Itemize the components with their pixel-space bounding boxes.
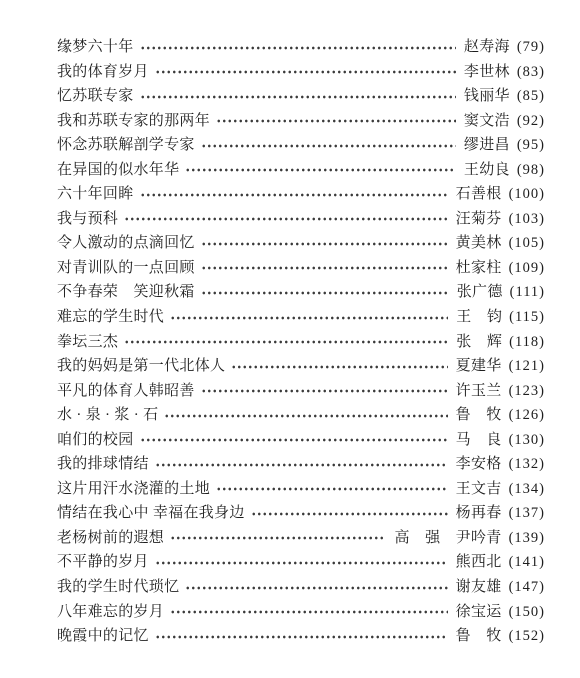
toc-entry-page: (111) — [510, 280, 545, 305]
toc-row: 令人激动的点滴回忆黄美林(105) — [57, 231, 544, 256]
toc-entry-title: 不平静的岁月 — [57, 550, 149, 575]
toc-row: 我的排球情结李安格(132) — [57, 452, 544, 477]
toc-entry-title: 八年难忘的岁月 — [57, 600, 164, 625]
toc-entry-title: 拳坛三杰 — [57, 330, 118, 355]
toc-list: 缘梦六十年赵寿海(79)我的体育岁月李世林(83)忆苏联专家钱丽华(85)我和苏… — [57, 35, 544, 649]
toc-entry-title: 怀念苏联解剖学专家 — [57, 133, 195, 158]
toc-entry-page: (134) — [509, 477, 545, 502]
toc-entry-title: 这片用汗水浇灌的土地 — [57, 477, 210, 502]
toc-entry-title: 对青训队的一点回顾 — [57, 256, 195, 281]
toc-entry-title: 令人激动的点滴回忆 — [57, 231, 195, 256]
toc-entry-page: (79) — [517, 35, 545, 60]
toc-entry-page: (98) — [517, 158, 545, 183]
toc-row: 对青训队的一点回顾杜家柱(109) — [57, 256, 544, 281]
toc-row: 难忘的学生时代王 钧(115) — [57, 305, 544, 330]
toc-entry-author: 鲁 牧 — [456, 403, 502, 428]
dot-leader — [201, 133, 456, 158]
toc-row: 我的学生时代琐忆谢友雄(147) — [57, 575, 544, 600]
toc-entry-author: 鲁 牧 — [456, 624, 502, 649]
dot-leader — [216, 109, 456, 134]
dot-leader — [251, 501, 448, 526]
toc-row: 老杨树前的遐想高 强 尹吟青(139) — [57, 526, 544, 551]
toc-row: 拳坛三杰张 辉(118) — [57, 330, 544, 355]
toc-entry-title: 晚霞中的记忆 — [57, 624, 149, 649]
toc-entry-page: (109) — [509, 256, 545, 281]
dot-leader — [201, 256, 448, 281]
toc-row: 我的体育岁月李世林(83) — [57, 60, 544, 85]
toc-row: 我和苏联专家的那两年窦文浩(92) — [57, 109, 544, 134]
toc-entry-page: (118) — [509, 330, 545, 355]
toc-row: 不争春荣 笑迎秋霜张广德(111) — [57, 280, 544, 305]
toc-entry-page: (103) — [509, 207, 545, 232]
toc-entry-title: 水 · 泉 · 浆 · 石 — [57, 403, 158, 428]
toc-entry-title: 我的排球情结 — [57, 452, 149, 477]
toc-entry-author: 李世林 — [464, 60, 510, 85]
toc-entry-author: 李安格 — [456, 452, 502, 477]
toc-entry-title: 难忘的学生时代 — [57, 305, 164, 330]
toc-entry-title: 我与预科 — [57, 207, 118, 232]
toc-entry-author: 窦文浩 — [464, 109, 510, 134]
toc-entry-author: 石善根 — [456, 182, 502, 207]
toc-entry-page: (137) — [509, 501, 545, 526]
dot-leader — [155, 624, 448, 649]
toc-entry-author: 高 强 尹吟青 — [394, 526, 501, 551]
dot-leader — [201, 280, 449, 305]
toc-entry-author: 缪进昌 — [464, 133, 510, 158]
toc-row: 咱们的校园马 良(130) — [57, 428, 544, 453]
dot-leader — [155, 60, 456, 85]
toc-entry-author: 谢友雄 — [456, 575, 502, 600]
toc-entry-page: (150) — [509, 600, 545, 625]
toc-entry-author: 王 钧 — [456, 305, 502, 330]
dot-leader — [140, 428, 448, 453]
toc-entry-page: (100) — [509, 182, 545, 207]
toc-entry-page: (152) — [509, 624, 545, 649]
toc-row: 我与预科汪菊芬(103) — [57, 207, 544, 232]
toc-row: 情结在我心中 幸福在我身边杨再春(137) — [57, 501, 544, 526]
toc-entry-author: 徐宝运 — [456, 600, 502, 625]
toc-entry-author: 杜家柱 — [456, 256, 502, 281]
dot-leader — [155, 452, 448, 477]
toc-entry-author: 黄美林 — [456, 231, 502, 256]
toc-entry-page: (92) — [517, 109, 545, 134]
toc-entry-page: (130) — [509, 428, 545, 453]
dot-leader — [170, 600, 448, 625]
toc-entry-author: 王幼良 — [464, 158, 510, 183]
dot-leader — [140, 35, 456, 60]
toc-entry-page: (121) — [509, 354, 545, 379]
toc-entry-page: (95) — [517, 133, 545, 158]
toc-row: 晚霞中的记忆鲁 牧(152) — [57, 624, 544, 649]
toc-row: 水 · 泉 · 浆 · 石鲁 牧(126) — [57, 403, 544, 428]
toc-entry-author: 熊西北 — [456, 550, 502, 575]
toc-entry-title: 我的学生时代琐忆 — [57, 575, 179, 600]
dot-leader — [124, 207, 447, 232]
toc-entry-title: 咱们的校园 — [57, 428, 134, 453]
dot-leader — [185, 575, 447, 600]
toc-entry-author: 王文吉 — [456, 477, 502, 502]
toc-entry-page: (85) — [517, 84, 545, 109]
dot-leader — [231, 354, 447, 379]
toc-row: 忆苏联专家钱丽华(85) — [57, 84, 544, 109]
toc-row: 六十年回眸石善根(100) — [57, 182, 544, 207]
toc-row: 平凡的体育人韩昭善许玉兰(123) — [57, 379, 544, 404]
dot-leader — [140, 84, 456, 109]
toc-row: 不平静的岁月熊西北(141) — [57, 550, 544, 575]
dot-leader — [216, 477, 448, 502]
toc-entry-page: (115) — [509, 305, 545, 330]
toc-row: 我的妈妈是第一代北体人夏建华(121) — [57, 354, 544, 379]
dot-leader — [164, 403, 447, 428]
toc-entry-page: (83) — [517, 60, 545, 85]
toc-entry-title: 平凡的体育人韩昭善 — [57, 379, 195, 404]
toc-entry-page: (132) — [509, 452, 545, 477]
toc-entry-title: 我的妈妈是第一代北体人 — [57, 354, 225, 379]
toc-entry-title: 缘梦六十年 — [57, 35, 134, 60]
toc-entry-title: 忆苏联专家 — [57, 84, 134, 109]
toc-entry-page: (147) — [509, 575, 545, 600]
toc-entry-author: 张广德 — [457, 280, 503, 305]
dot-leader — [124, 330, 448, 355]
dot-leader — [140, 182, 448, 207]
toc-row: 这片用汗水浇灌的土地王文吉(134) — [57, 477, 544, 502]
toc-entry-page: (139) — [509, 526, 545, 551]
dot-leader — [170, 305, 448, 330]
toc-entry-author: 许玉兰 — [456, 379, 502, 404]
toc-entry-author: 钱丽华 — [464, 84, 510, 109]
dot-leader — [185, 158, 456, 183]
dot-leader — [201, 231, 448, 256]
dot-leader — [170, 526, 386, 551]
dot-leader — [201, 379, 448, 404]
toc-entry-author: 马 良 — [456, 428, 502, 453]
toc-entry-author: 汪菊芬 — [456, 207, 502, 232]
toc-entry-title: 六十年回眸 — [57, 182, 134, 207]
toc-entry-author: 赵寿海 — [464, 35, 510, 60]
toc-entry-page: (123) — [509, 379, 545, 404]
toc-entry-page: (105) — [509, 231, 545, 256]
toc-entry-page: (126) — [509, 403, 545, 428]
toc-entry-author: 夏建华 — [456, 354, 502, 379]
toc-entry-author: 杨再春 — [456, 501, 502, 526]
toc-entry-title: 在异国的似水年华 — [57, 158, 179, 183]
dot-leader — [155, 550, 448, 575]
toc-page: 缘梦六十年赵寿海(79)我的体育岁月李世林(83)忆苏联专家钱丽华(85)我和苏… — [0, 0, 580, 678]
toc-row: 怀念苏联解剖学专家缪进昌(95) — [57, 133, 544, 158]
toc-entry-title: 我的体育岁月 — [57, 60, 149, 85]
toc-entry-title: 不争春荣 笑迎秋霜 — [57, 280, 195, 305]
toc-row: 缘梦六十年赵寿海(79) — [57, 35, 544, 60]
toc-entry-title: 老杨树前的遐想 — [57, 526, 164, 551]
toc-row: 八年难忘的岁月徐宝运(150) — [57, 600, 544, 625]
toc-entry-page: (141) — [509, 550, 545, 575]
toc-entry-title: 我和苏联专家的那两年 — [57, 109, 210, 134]
toc-row: 在异国的似水年华王幼良(98) — [57, 158, 544, 183]
toc-entry-author: 张 辉 — [456, 330, 502, 355]
toc-entry-title: 情结在我心中 幸福在我身边 — [57, 501, 245, 526]
